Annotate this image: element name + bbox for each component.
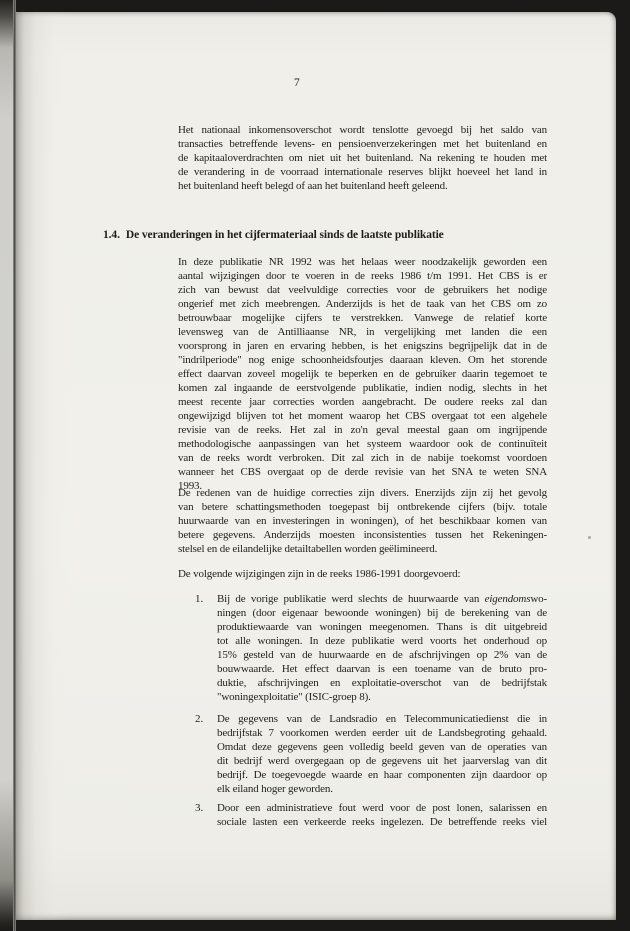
text-line: huurwaarde van en investeringen in wonin… [178,514,547,528]
text-line: duktie, afschrijvingen en exploitatie-ov… [217,676,547,690]
text-line: In deze publikatie NR 1992 was het helaa… [178,255,547,269]
paragraph: De redenen van de huidige correcties zij… [178,486,547,556]
text-line: de kapitaaloverdrachten om niet uit het … [178,151,547,165]
text-line: ongewijzigd blijven tot het moment waaro… [178,409,547,423]
text-line: wanneer het CBS overgaat op de derde rev… [178,465,547,479]
text-line: 15% gesteld van de huurwaarde en de afsc… [217,648,547,662]
text-line: effect daarvan zoveel mogelijk te beperk… [178,367,547,381]
text-line: "indrilperiode" nog enige schoonheidsfou… [178,353,547,367]
text-line: ongerief met zich meebrengen. Anderzijds… [178,297,547,311]
text-line: betrouwbaar mogelijke cijfers te verstre… [178,311,547,325]
text-line: transacties betreffende levens- en pensi… [178,137,547,151]
text-line: het buitenland heeft belegd of aan het b… [178,179,547,193]
section-title: De veranderingen in het cijfermateriaal … [126,229,444,241]
text-line: stelsel en de eilandelijke detailtabelle… [178,542,547,556]
text-line: "woningexploitatie" (ISIC-groep 8). [217,690,547,704]
italic-term: eigendoms [485,593,531,605]
list-item-number: 1. [195,592,215,606]
text-line: De redenen van de huidige correcties zij… [178,486,547,500]
text-line: produktiewaarde van woningen meegenomen.… [217,620,547,634]
text-line: aantal wijzigingen door te voeren in de … [178,269,547,283]
text-line: meest recente jaar correcties worden aan… [178,395,547,409]
text-line: revisie van de reeks. Het zal in zo'n ge… [178,423,547,437]
paragraph: Het nationaal inkomensoverschot wordt te… [178,123,547,193]
text-line: sociale lasten een verkeerde reeks ingel… [217,815,547,829]
list-item-number: 3. [195,801,215,815]
list-item: 2. De gegevens van de Landsradio en Tele… [217,712,547,796]
text-segment: wo- [530,593,547,605]
text-line: Door een administratieve fout werd voor … [217,801,547,815]
text-line: de verandering in de voorraad internatio… [178,165,547,179]
text-line: elk eiland hoger geworden. [217,782,547,796]
list-item-number: 2. [195,712,215,726]
text-line: zich van bewust dat veelvuldige correcti… [178,283,547,297]
book-page-stack-edge [0,0,13,931]
list-intro-line: De volgende wijzigingen zijn in de reeks… [178,567,547,581]
list-item: 3. Door een administratieve fout werd vo… [217,801,547,829]
text-line: levensweg van de Antilliaanse NR, in ver… [178,325,547,339]
scanned-book-photo: { "colors": { "paper": "#f0efea", "frame… [0,0,630,931]
text-line: bouwwaarde. Het effect daarvan is een to… [217,662,547,676]
text-line: methodologische aanpassingen van het sys… [178,437,547,451]
text-line: Omdat deze gegevens geen volledig beeld … [217,740,547,754]
text-line: dit bedrijf werd overgegaan op de gegeve… [217,754,547,768]
text-line: van betere schattingsmethoden toegepast … [178,500,547,514]
text-line: Bij de vorige publikatie werd slechts de… [217,592,547,606]
list-item: 1. Bij de vorige publikatie werd slechts… [217,592,547,704]
text-segment: Bij de vorige publikatie werd slechts de… [217,593,485,605]
text-line: komen zal ingaande de eerstvolgende publ… [178,381,547,395]
spine-shadow [16,12,70,920]
text-line: ningen (door eigenaar bewoonde woningen)… [217,606,547,620]
text-line: van de reeks wordt verbroken. Dit zal zi… [178,451,547,465]
text-line: De gegevens van de Landsradio en Telecom… [217,712,547,726]
document-page: 7 Het nationaal inkomensoverschot wordt … [16,12,616,920]
text-line: voorsprong in jaren en ervaring hebben, … [178,339,547,353]
text-line: Het nationaal inkomensoverschot wordt te… [178,123,547,137]
section-number: 1.4. [103,229,120,241]
text-line: betere gegevens. Anderzijds moesten inco… [178,528,547,542]
text-line: tot alle woningen. In deze publikatie we… [217,634,547,648]
text-line: bedrijfstak 7 voorkomen werden eerder ui… [217,726,547,740]
paragraph: In deze publikatie NR 1992 was het helaa… [178,255,547,493]
scan-speck [588,536,591,539]
section-heading: 1.4.De veranderingen in het cijfermateri… [103,229,583,241]
text-line: bedrijf. De toegevoegde waarde en haar c… [217,768,547,782]
page-number: 7 [294,77,318,89]
